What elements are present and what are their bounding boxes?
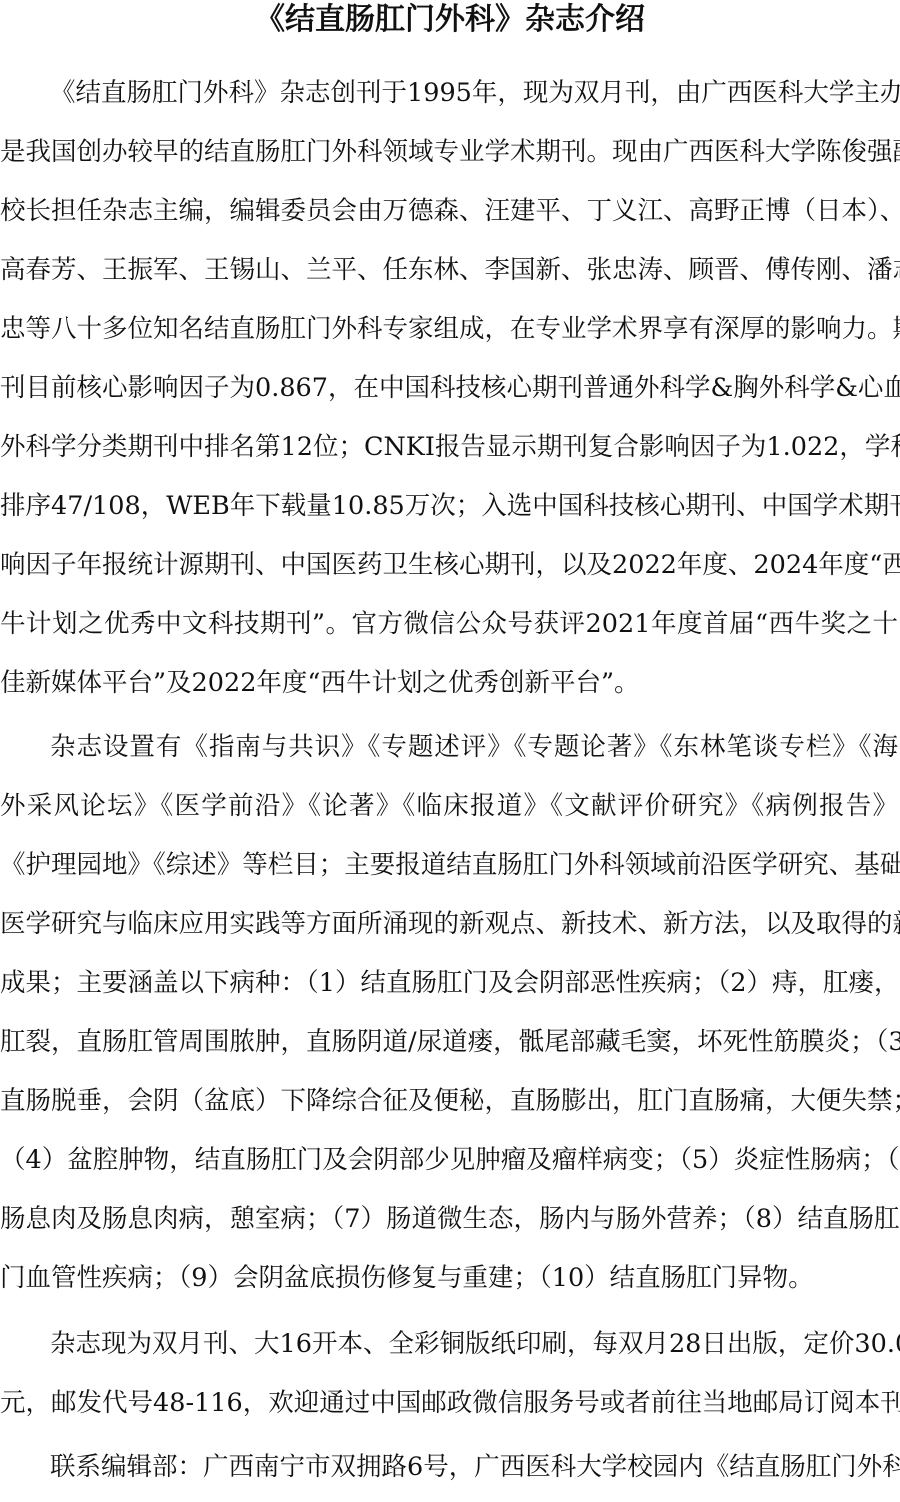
paragraph-line: 外科学分类期刊中排名第12位；CNKI报告显示期刊复合影响因子为1.022，学科 bbox=[0, 430, 900, 488]
paragraph-line: 牛计划之优秀中文科技期刊”。官方微信公众号获评2021年度首届“西牛奖之十 bbox=[0, 607, 900, 665]
paragraph-line: 杂志设置有《指南与共识》《专题述评》《专题论著》《东林笔谈专栏》《海 bbox=[0, 730, 900, 788]
paragraph-line: 忠等八十多位知名结直肠肛门外科专家组成，在专业学术界享有深厚的影响力。期 bbox=[0, 312, 900, 370]
paragraph-line: 成果；主要涵盖以下病种：（1）结直肠肛门及会阴部恶性疾病；（2）痔，肛瘘， bbox=[0, 966, 900, 1024]
paragraph-line: 校长担任杂志主编，编辑委员会由万德森、汪建平、丁义江、高野正博（日本）、 bbox=[0, 194, 900, 252]
paragraph-line: 门血管性疾病；（9）会阴盆底损伤修复与重建；（10）结直肠肛门异物。 bbox=[0, 1261, 900, 1319]
paragraph-line: 排序47/108，WEB年下载量10.85万次；入选中国科技核心期刊、中国学术期… bbox=[0, 489, 900, 547]
paragraph-line: 刊目前核心影响因子为0.867，在中国科技核心期刊普通外科学&胸外科学&心血管 bbox=[0, 371, 900, 429]
paragraph-line: 是我国创办较早的结直肠肛门外科领域专业学术期刊。现由广西医科大学陈俊强副 bbox=[0, 135, 900, 193]
paragraph-line: 响因子年报统计源期刊、中国医药卫生核心期刊，以及2022年度、2024年度“西 bbox=[0, 548, 900, 606]
paragraph-line: 高春芳、王振军、王锡山、兰平、任东林、李国新、张忠涛、顾晋、傅传刚、潘志 bbox=[0, 253, 900, 311]
paragraph-line: 直肠脱垂，会阴（盆底）下降综合征及便秘，直肠膨出，肛门直肠痛，大便失禁； bbox=[0, 1084, 900, 1142]
paragraph-line: 肠息肉及肠息肉病，憩室病；（7）肠道微生态，肠内与肠外营养；（8）结直肠肛 bbox=[0, 1202, 900, 1260]
paragraph-line: 《护理园地》《综述》等栏目；主要报道结直肠肛门外科领域前沿医学研究、基础 bbox=[0, 848, 900, 906]
document-page: 《结直肠肛门外科》杂志介绍 《结直肠肛门外科》杂志创刊于1995年，现为双月刊，… bbox=[0, 0, 900, 1502]
paragraph-line: 杂志现为双月刊、大16开本、全彩铜版纸印刷，每双月28日出版，定价30.00 bbox=[0, 1327, 900, 1385]
document-title: 《结直肠肛门外科》杂志介绍 bbox=[0, 2, 900, 38]
paragraph-line: 医学研究与临床应用实践等方面所涌现的新观点、新技术、新方法，以及取得的新 bbox=[0, 907, 900, 965]
paragraph-line: 佳新媒体平台”及2022年度“西牛计划之优秀创新平台”。 bbox=[0, 666, 900, 724]
paragraph-line: 外采风论坛》《医学前沿》《论著》《临床报道》《文献评价研究》《病例报告》 bbox=[0, 789, 900, 847]
paragraph-line: 元，邮发代号48-116，欢迎通过中国邮政微信服务号或者前往当地邮局订阅本刊！ bbox=[0, 1386, 900, 1444]
paragraph-line: 肛裂，直肠肛管周围脓肿，直肠阴道/尿道瘘，骶尾部藏毛窦，坏死性筋膜炎；（3） bbox=[0, 1025, 900, 1083]
paragraph-line: 联系编辑部：广西南宁市双拥路6号，广西医科大学校园内《结直肠肛门外科》 bbox=[0, 1450, 900, 1502]
paragraph-line: （4）盆腔肿物，结直肠肛门及会阴部少见肿瘤及瘤样病变；（5）炎症性肠病；（6） bbox=[0, 1143, 900, 1201]
paragraph-line: 《结直肠肛门外科》杂志创刊于1995年，现为双月刊，由广西医科大学主办， bbox=[0, 76, 900, 134]
